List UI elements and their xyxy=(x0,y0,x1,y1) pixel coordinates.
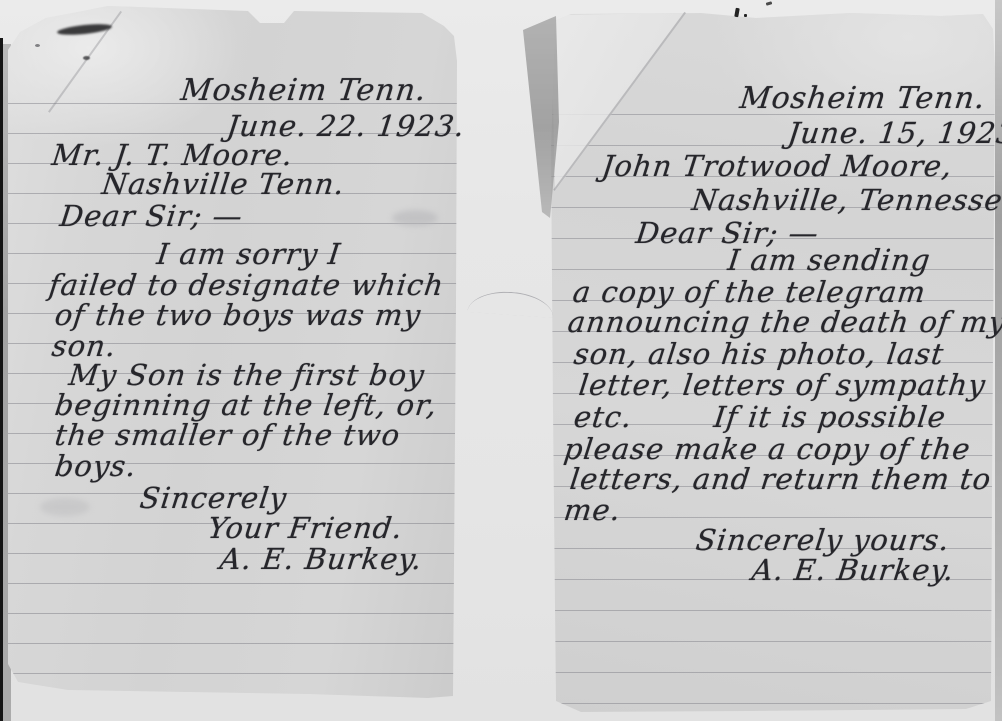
paper-stain xyxy=(392,210,438,226)
left-letter-recipient-city-line: Nashville Tenn. xyxy=(100,170,346,199)
scanned-letters-page: Mosheim Tenn. June. 22. 1923. Mr. J. T. … xyxy=(0,0,1002,721)
left-letter-recipient-line: Mr. J. T. Moore. xyxy=(50,141,295,170)
right-letter-recipient-city-line: Nashville, Tennessee. xyxy=(690,186,1002,215)
left-letter-body-line: I am sorry I xyxy=(155,240,342,269)
left-letter-closing-line: Sincerely xyxy=(138,484,288,513)
left-letter-date-line: June. 22. 1923. xyxy=(225,112,466,141)
right-letter-body-line: please make a copy of the xyxy=(562,435,972,464)
ink-dot xyxy=(83,56,90,60)
right-letter-closing-line: Sincerely yours. xyxy=(694,526,951,555)
right-letter-body-line: son, also his photo, last xyxy=(572,340,946,369)
scan-edge-gray-right xyxy=(995,0,1002,721)
right-letter-body-line: letters, and return them to xyxy=(568,465,993,494)
paper-stain xyxy=(40,498,90,516)
right-letter-body-line: I am sending xyxy=(726,246,932,275)
left-letter-place-line: Mosheim Tenn. xyxy=(179,76,428,106)
right-letter-place-line: Mosheim Tenn. xyxy=(738,84,987,114)
left-letter-body-line: failed to designate which xyxy=(47,271,446,300)
right-letter-body-line: me. xyxy=(562,496,622,525)
right-letter-body-line: announcing the death of my xyxy=(566,308,1002,337)
ink-speck xyxy=(744,14,747,17)
right-letter-signature: A. E. Burkey. xyxy=(750,556,956,585)
left-letter-body-line: the smaller of the two xyxy=(53,421,402,450)
left-letter-body-line: son. xyxy=(50,332,118,361)
left-letter-salutation-line: Dear Sir; — xyxy=(58,202,244,231)
left-letter-body-line: beginning at the left, or, xyxy=(53,391,439,420)
left-letter-closing-line: Your Friend. xyxy=(206,514,404,543)
right-letter-recipient-line: John Trotwood Moore, xyxy=(600,152,954,181)
page-curl-edge xyxy=(467,289,554,318)
ink-dot xyxy=(35,44,40,47)
ink-speck xyxy=(766,1,773,5)
left-letter-body-line: boys. xyxy=(53,452,138,481)
right-letter-body-line: letter, letters of sympathy xyxy=(577,371,987,400)
right-letter-body-line: a copy of the telegram xyxy=(571,278,928,307)
right-letter-body-line: etc. If it is possible xyxy=(572,403,948,432)
ink-speck xyxy=(734,8,740,18)
right-letter-date-line: June. 15, 1923. xyxy=(786,119,1002,148)
left-letter-body-line: My Son is the first boy xyxy=(67,361,426,390)
left-letter-body-line: of the two boys was my xyxy=(53,301,422,330)
left-letter-signature: A. E. Burkey. xyxy=(218,545,424,574)
